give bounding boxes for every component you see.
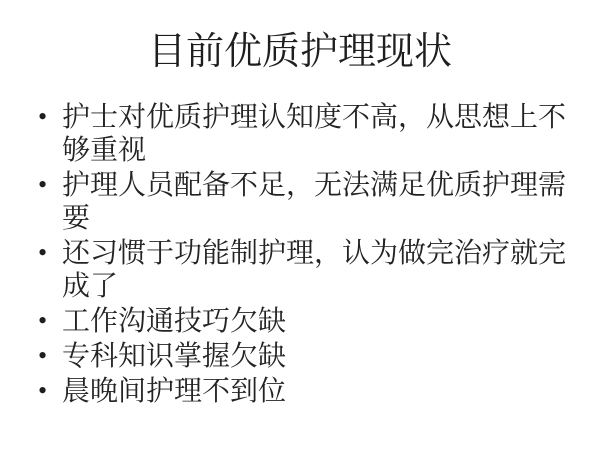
bullet-text: 护理人员配备不足，无法满足优质护理需要 [62, 170, 566, 234]
list-item: • 护士对优质护理认知度不高，从思想上不够重视 [38, 101, 577, 167]
list-item: • 还习惯于功能制护理，认为做完治疗就完成了 [38, 237, 577, 303]
slide-title: 目前优质护理现状 [20, 30, 580, 76]
list-item: • 工作沟通技巧欠缺 [38, 305, 577, 338]
slide: 目前优质护理现状 • 护士对优质护理认知度不高，从思想上不够重视 • 护理人员配… [0, 0, 600, 450]
bullet-icon: • [38, 236, 47, 269]
bullet-icon: • [38, 374, 47, 407]
bullet-list: • 护士对优质护理认知度不高，从思想上不够重视 • 护理人员配备不足，无法满足优… [0, 101, 600, 408]
bullet-text: 晨晚间护理不到位 [62, 376, 286, 407]
bullet-icon: • [38, 339, 47, 372]
bullet-text: 工作沟通技巧欠缺 [62, 306, 286, 337]
bullet-text: 护士对优质护理认知度不高，从思想上不够重视 [62, 102, 566, 166]
bullet-text: 专科知识掌握欠缺 [62, 341, 286, 372]
bullet-icon: • [38, 304, 47, 337]
bullet-icon: • [38, 168, 47, 201]
list-item: • 护理人员配备不足，无法满足优质护理需要 [38, 169, 577, 235]
list-item: • 晨晚间护理不到位 [38, 375, 577, 408]
bullet-icon: • [38, 100, 47, 133]
list-item: • 专科知识掌握欠缺 [38, 340, 577, 373]
bullet-text: 还习惯于功能制护理，认为做完治疗就完成了 [62, 238, 566, 302]
